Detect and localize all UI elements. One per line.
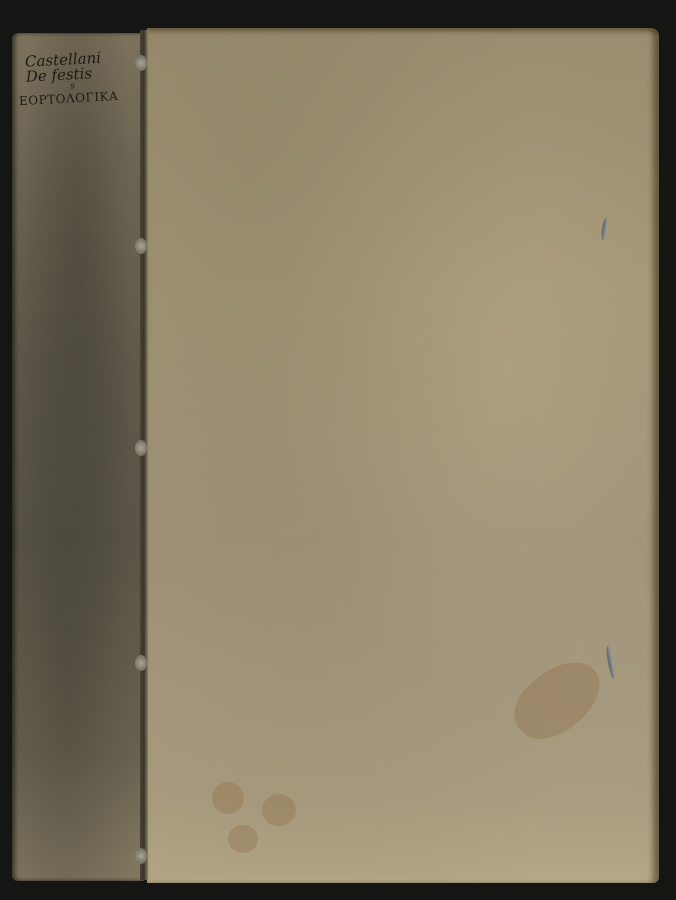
spot-stain — [262, 794, 296, 826]
spot-stain — [228, 825, 258, 853]
spine-band — [135, 440, 147, 456]
spine-band — [135, 238, 147, 254]
book-spine — [12, 33, 144, 881]
spine-band — [135, 848, 147, 864]
spot-stain — [212, 782, 244, 814]
spine-handwritten-title: Castellani De festis s ΕΟΡΤΟΛΟΓΙΚΑ — [17, 49, 140, 109]
front-cover — [147, 28, 659, 883]
photo: Castellani De festis s ΕΟΡΤΟΛΟΓΙΚΑ — [0, 0, 676, 900]
spine-band — [135, 655, 147, 671]
